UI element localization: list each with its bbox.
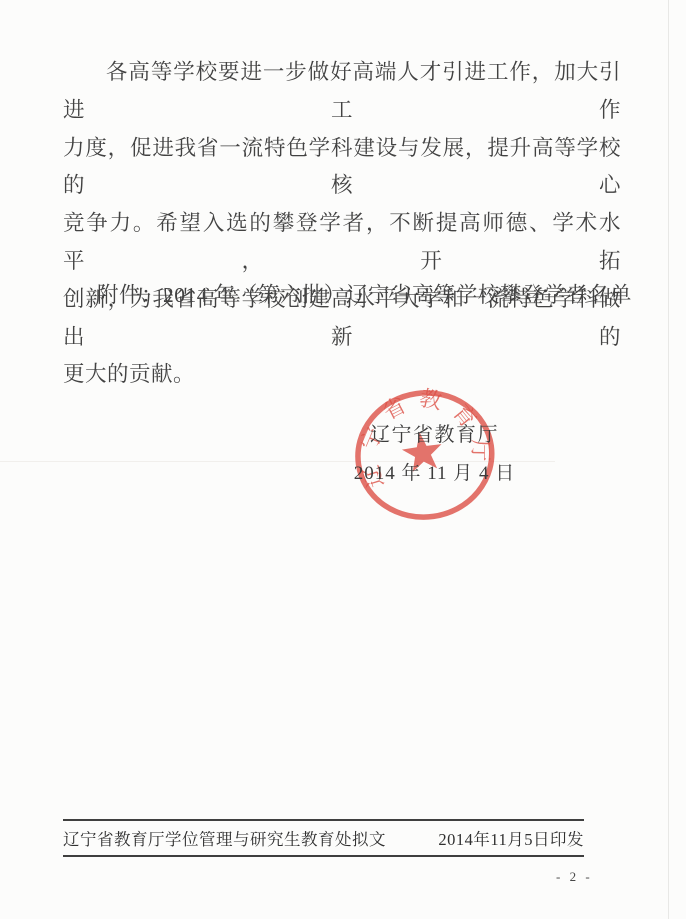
footer-bottom-rule <box>63 855 584 857</box>
body-line: 竞争力。希望入选的攀登学者，不断提高师德、学术水平，开拓 <box>63 205 621 281</box>
attachment-line: 附件：2014 年（第六批）辽宁省高等学校攀登学者名单 <box>97 276 632 314</box>
body-paragraph: 各高等学校要进一步做好高端人才引进工作，加大引进工作 力度，促进我省一流特色学科… <box>63 54 621 394</box>
footer-print-date: 2014年11月5日印发 <box>438 826 584 850</box>
body-line: 力度，促进我省一流特色学科建设与发展，提升高等学校的核心 <box>63 130 621 206</box>
page-number: - 2 - <box>556 869 593 885</box>
signature-block: 辽宁省教育厅 2014 年 11 月 4 日 <box>327 423 542 485</box>
scan-edge-line <box>668 0 669 919</box>
body-line: 各高等学校要进一步做好高端人才引进工作，加大引进工作 <box>63 54 621 130</box>
scanned-document-page: 各高等学校要进一步做好高端人才引进工作，加大引进工作 力度，促进我省一流特色学科… <box>0 0 686 919</box>
signature-date: 2014 年 11 月 4 日 <box>327 463 542 485</box>
body-line: 更大的贡献。 <box>63 356 621 394</box>
footer-drafting-office: 辽宁省教育厅学位管理与研究生教育处拟文 <box>63 826 386 850</box>
document-footer: 辽宁省教育厅学位管理与研究生教育处拟文 2014年11月5日印发 <box>63 819 584 857</box>
signature-agency: 辽宁省教育厅 <box>327 423 542 447</box>
